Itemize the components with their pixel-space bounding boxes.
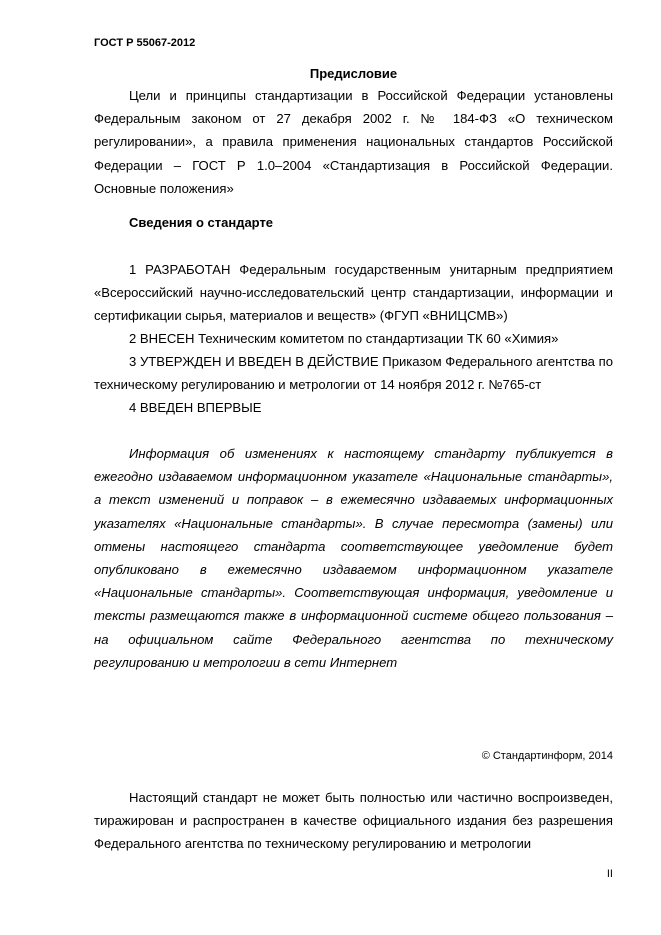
copyright-notice: © Стандартинформ, 2014 bbox=[482, 750, 613, 762]
page-number: II bbox=[607, 868, 613, 880]
standard-info-item-1: 1 РАЗРАБОТАН Федеральным государственным… bbox=[94, 258, 613, 328]
foreword-intro-paragraph: Цели и принципы стандартизации в Российс… bbox=[94, 84, 613, 200]
document-page: ГОСТ Р 55067-2012 Предисловие Цели и при… bbox=[0, 0, 661, 935]
change-info-paragraph: Информация об изменениях к настоящему ст… bbox=[94, 442, 613, 674]
foreword-title: Предисловие bbox=[94, 66, 613, 81]
standard-info-heading: Сведения о стандарте bbox=[129, 215, 273, 230]
reproduction-notice-paragraph: Настоящий стандарт не может быть полност… bbox=[94, 786, 613, 856]
standard-info-item-2: 2 ВНЕСЕН Техническим комитетом по станда… bbox=[94, 327, 613, 350]
document-id-header: ГОСТ Р 55067-2012 bbox=[94, 37, 195, 49]
standard-info-item-3: 3 УТВЕРЖДЕН И ВВЕДЕН В ДЕЙСТВИЕ Приказом… bbox=[94, 350, 613, 396]
standard-info-item-4: 4 ВВЕДЕН ВПЕРВЫЕ bbox=[94, 396, 613, 419]
